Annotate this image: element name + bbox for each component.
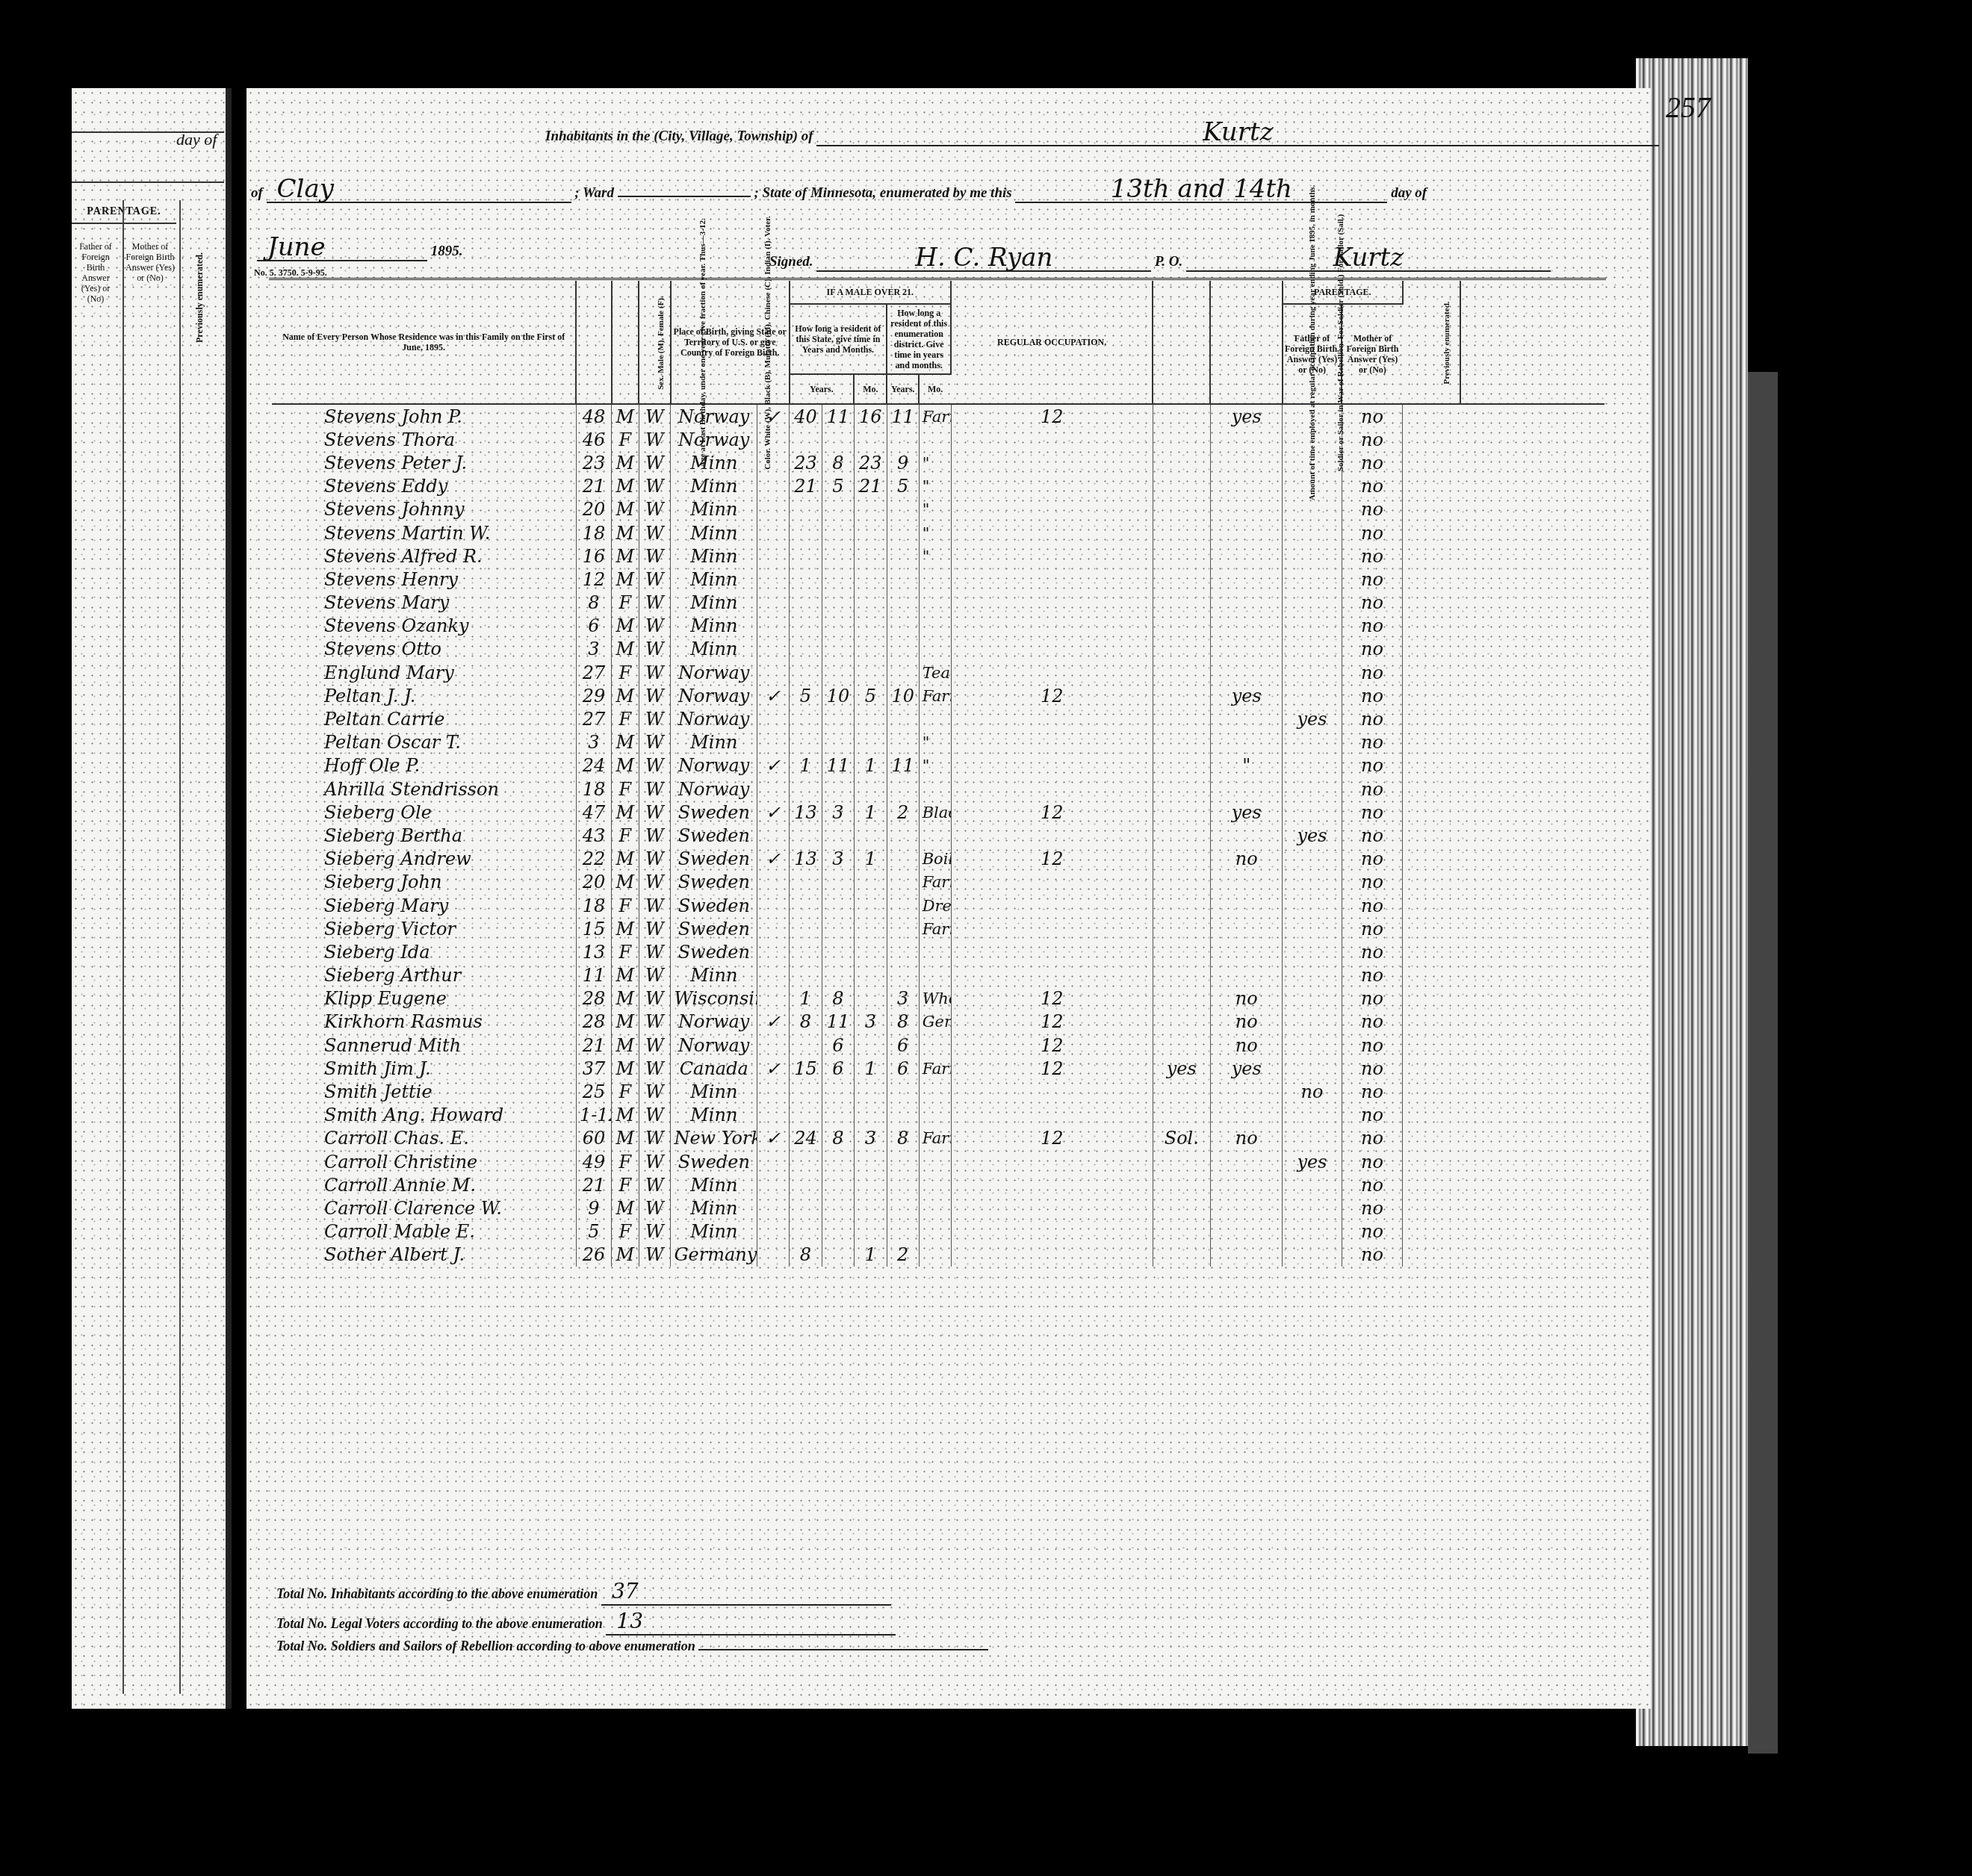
district-months-cell: 11 [887, 754, 919, 777]
previously-enumerated-cell: no [1342, 1173, 1402, 1196]
district-months-cell: 11 [887, 404, 919, 428]
sex-cell: F [612, 1150, 639, 1173]
soldier-sailor-cell [1153, 661, 1210, 684]
soldier-sailor-cell [1153, 1150, 1210, 1173]
occupation-cell [919, 940, 951, 963]
father-foreign-cell: yes [1210, 684, 1282, 707]
district-years-cell [854, 1196, 887, 1220]
sex-cell: F [612, 940, 639, 963]
sex-cell: F [612, 824, 639, 847]
district-months-cell [887, 777, 919, 801]
state-months-cell: 8 [822, 1127, 854, 1150]
age-cell: 3 [576, 731, 611, 754]
father-foreign-cell: no [1210, 1010, 1282, 1034]
district-months-cell [887, 707, 919, 730]
table-row: Hoff Ole P.24MWNorway✓111111""no [272, 754, 1604, 777]
mother-foreign-cell [1283, 871, 1342, 894]
color-cell: W [639, 404, 671, 428]
person-name-cell: Smith Jim J. [272, 1057, 576, 1080]
father-foreign-cell [1210, 428, 1282, 451]
father-foreign-cell: " [1210, 754, 1282, 777]
mother-foreign-cell [1283, 615, 1342, 638]
age-cell: 9 [576, 1196, 611, 1220]
soldier-sailor-cell [1153, 1010, 1210, 1034]
district-years-cell [854, 1034, 887, 1057]
age-cell: 49 [576, 1150, 611, 1173]
previously-enumerated-cell: no [1342, 777, 1402, 801]
birthplace-cell: Minn [671, 521, 757, 544]
person-name-cell: Carroll Christine [272, 1150, 576, 1173]
previously-enumerated-cell: no [1342, 964, 1402, 987]
mother-foreign-cell [1283, 1010, 1342, 1034]
previously-enumerated-cell: no [1342, 871, 1402, 894]
state-years-cell [790, 824, 822, 847]
birthplace-cell: Minn [671, 1196, 757, 1220]
father-foreign-cell: yes [1210, 1057, 1282, 1080]
group-male-over-21: IF A MALE OVER 21. [790, 281, 952, 304]
soldier-sailor-cell [1153, 848, 1210, 871]
color-cell: W [639, 848, 671, 871]
previously-enumerated-cell: no [1342, 638, 1402, 661]
soldier-sailor-cell: Sol. [1153, 1127, 1210, 1150]
state-years-cell [790, 638, 822, 661]
sex-cell: M [612, 1057, 639, 1080]
birthplace-cell: Sweden [671, 801, 757, 824]
age-cell: 8 [576, 591, 611, 615]
total-voters-line: Total No. Legal Voters according to the … [276, 1609, 896, 1636]
age-cell: 20 [576, 871, 611, 894]
months-employed-cell [951, 731, 1153, 754]
months-employed-cell [951, 1150, 1153, 1173]
father-foreign-cell [1210, 1220, 1282, 1243]
age-cell: 1-12 [576, 1104, 611, 1127]
color-cell: W [639, 801, 671, 824]
months-employed-cell [951, 521, 1153, 544]
age-cell: 3 [576, 638, 611, 661]
state-years-cell: 8 [790, 1010, 822, 1034]
father-foreign-cell: no [1210, 1034, 1282, 1057]
table-row: Smith Jettie25FWMinnnono [272, 1080, 1604, 1103]
mother-foreign-cell [1283, 638, 1342, 661]
mother-foreign-cell [1283, 777, 1342, 801]
color-cell: W [639, 824, 671, 847]
sex-cell: M [612, 451, 639, 474]
table-row: Sieberg Ida13FWSwedenno [272, 940, 1604, 963]
district-years-cell [854, 1080, 887, 1103]
age-cell: 24 [576, 754, 611, 777]
previously-enumerated-cell: no [1342, 1034, 1402, 1057]
voter-mark-cell [757, 568, 790, 591]
sex-cell: M [612, 404, 639, 428]
district-years-cell: 23 [854, 451, 887, 474]
occupation-cell: General Merchant [919, 1010, 951, 1034]
person-name-cell: Sieberg Arthur [272, 964, 576, 987]
soldier-sailor-cell [1153, 1104, 1210, 1127]
birthplace-cell: Minn [671, 731, 757, 754]
person-name-cell: Sieberg Bertha [272, 824, 576, 847]
soldier-sailor-cell: yes [1153, 1057, 1210, 1080]
previously-enumerated-cell: no [1342, 568, 1402, 591]
state-months-cell [822, 615, 854, 638]
birthplace-cell: Minn [671, 1104, 757, 1127]
voter-mark-cell [757, 1173, 790, 1196]
soldier-sailor-cell [1153, 824, 1210, 847]
table-row: Sieberg Andrew22MWSweden✓1331Boilersmith… [272, 848, 1604, 871]
enumerator-signature: H. C. Ryan [816, 245, 1151, 272]
mother-foreign-cell [1283, 498, 1342, 521]
col-mother-foreign: Mother of Foreign Birth Answer (Yes) or … [1342, 304, 1402, 404]
age-cell: 20 [576, 498, 611, 521]
color-cell: W [639, 1220, 671, 1243]
state-months-cell [822, 917, 854, 940]
previously-enumerated-cell: no [1342, 731, 1402, 754]
left-page-fragment: day of PARENTAGE. Father of Foreign Birt… [72, 88, 232, 1709]
state-months-cell [822, 544, 854, 568]
ward-field [618, 196, 751, 197]
father-foreign-cell: no [1210, 848, 1282, 871]
age-cell: 11 [576, 964, 611, 987]
district-years-cell [854, 498, 887, 521]
state-months-cell: 5 [822, 475, 854, 498]
father-foreign-cell [1210, 475, 1282, 498]
state-years-cell [790, 1196, 822, 1220]
table-row: Stevens Peter J.23MWMinn238239"no [272, 451, 1604, 474]
person-name-cell: Kirkhorn Rasmus [272, 1010, 576, 1034]
previously-enumerated-cell: no [1342, 1220, 1402, 1243]
state-months-cell: 3 [822, 848, 854, 871]
voter-mark-cell [757, 1220, 790, 1243]
month-line: June 1895. [257, 234, 463, 261]
sex-cell: M [612, 498, 639, 521]
months-employed-cell [951, 754, 1153, 777]
birthplace-cell: Sweden [671, 848, 757, 871]
months-employed-cell [951, 568, 1153, 591]
divider [72, 131, 224, 133]
soldier-sailor-cell [1153, 987, 1210, 1010]
district-months-cell [887, 731, 919, 754]
state-months-cell: 6 [822, 1034, 854, 1057]
person-name-cell: Carroll Annie M. [272, 1173, 576, 1196]
state-years-cell [790, 1150, 822, 1173]
district-years-cell [854, 1173, 887, 1196]
district-years-cell [854, 917, 887, 940]
color-cell: W [639, 684, 671, 707]
mother-foreign-cell [1283, 1127, 1342, 1150]
state-years-cell: 15 [790, 1057, 822, 1080]
occupation-cell: Farming [919, 871, 951, 894]
color-cell: W [639, 661, 671, 684]
months-employed-cell: 12 [951, 801, 1153, 824]
township-line: Inhabitants in the (City, Village, Towns… [545, 119, 1659, 146]
previously-enumerated-cell: no [1342, 1080, 1402, 1103]
father-foreign-cell: yes [1210, 801, 1282, 824]
previously-enumerated-cell: no [1342, 1243, 1402, 1267]
birthplace-cell: Norway [671, 404, 757, 428]
sex-cell: F [612, 707, 639, 730]
table-row: Sieberg Mary18FWSwedenDressmakingno [272, 894, 1604, 917]
color-cell: W [639, 1057, 671, 1080]
months-employed-cell [951, 777, 1153, 801]
form-number: No. 5. 3750. 5-9-95. [254, 267, 327, 279]
district-years-cell: 16 [854, 404, 887, 428]
person-name-cell: Smith Ang. Howard [272, 1104, 576, 1127]
months-employed-cell [951, 707, 1153, 730]
person-name-cell: Sannerud Mith [272, 1034, 576, 1057]
occupation-cell: Boilersmith [919, 848, 951, 871]
state-years-cell [790, 591, 822, 615]
state-months-cell [822, 498, 854, 521]
signature-line: Signed. H. C. Ryan P. O. Kurtz [769, 245, 1551, 272]
age-cell: 15 [576, 917, 611, 940]
district-years-cell: 5 [854, 684, 887, 707]
state-months-cell: 11 [822, 754, 854, 777]
sex-cell: F [612, 591, 639, 615]
table-row: Stevens Johnny20MWMinn"no [272, 498, 1604, 521]
age-cell: 23 [576, 451, 611, 474]
district-months-cell: 8 [887, 1010, 919, 1034]
state-years-cell [790, 894, 822, 917]
birthplace-cell: Minn [671, 964, 757, 987]
state-years-cell [790, 521, 822, 544]
color-cell: W [639, 428, 671, 451]
mother-foreign-cell [1283, 661, 1342, 684]
state-years-cell [790, 707, 822, 730]
state-months-cell [822, 1196, 854, 1220]
sex-cell: M [612, 684, 639, 707]
col-state-residence: How long a resident of this State, give … [790, 304, 887, 374]
birthplace-cell: Norway [671, 1034, 757, 1057]
table-row: Stevens Martin W.18MWMinn"no [272, 521, 1604, 544]
state-years-cell: 1 [790, 754, 822, 777]
mother-foreign-cell [1283, 1034, 1342, 1057]
state-months-cell: 11 [822, 404, 854, 428]
col-soldier: Soldier or Sailor in War of Rebellion. F… [1210, 281, 1282, 404]
voter-mark-cell [757, 1150, 790, 1173]
person-name-cell: Peltan Oscar T. [272, 731, 576, 754]
occupation-cell [919, 1196, 951, 1220]
state-months-cell: 8 [822, 451, 854, 474]
district-years-cell: 1 [854, 801, 887, 824]
district-months-cell [887, 1220, 919, 1243]
age-cell: 6 [576, 615, 611, 638]
person-name-cell: Peltan J. J. [272, 684, 576, 707]
occupation-cell [919, 638, 951, 661]
sex-cell: M [612, 964, 639, 987]
occupation-cell [919, 824, 951, 847]
father-foreign-cell [1210, 707, 1282, 730]
state-months-cell [822, 731, 854, 754]
months-employed-cell [951, 824, 1153, 847]
district-years-cell: 21 [854, 475, 887, 498]
voter-mark-cell [757, 638, 790, 661]
soldier-sailor-cell [1153, 917, 1210, 940]
table-row: Stevens Henry12MWMinnno [272, 568, 1604, 591]
soldier-sailor-cell [1153, 940, 1210, 963]
mother-foreign-cell [1283, 1196, 1342, 1220]
father-foreign-cell [1210, 521, 1282, 544]
months-employed-cell [951, 544, 1153, 568]
table-row: Smith Jim J.37MWCanada✓15616Farming12yes… [272, 1057, 1604, 1080]
soldier-sailor-cell [1153, 475, 1210, 498]
district-months-cell [887, 824, 919, 847]
occupation-cell [919, 1243, 951, 1267]
months-employed-cell [951, 1243, 1153, 1267]
state-months-cell [822, 894, 854, 917]
mother-foreign-cell [1283, 591, 1342, 615]
color-cell: W [639, 1034, 671, 1057]
state-years-cell [790, 871, 822, 894]
age-cell: 13 [576, 940, 611, 963]
soldier-sailor-cell [1153, 731, 1210, 754]
voter-mark-cell [757, 521, 790, 544]
voter-mark-cell: ✓ [757, 754, 790, 777]
district-months-cell [887, 917, 919, 940]
voter-mark-cell [757, 428, 790, 451]
person-name-cell: Ahrilla Stendrisson [272, 777, 576, 801]
birthplace-cell: Norway [671, 707, 757, 730]
occupation-cell: " [919, 754, 951, 777]
previously-enumerated-cell: no [1342, 1104, 1402, 1127]
birthplace-cell: Germany [671, 1243, 757, 1267]
previously-enumerated-cell: no [1342, 987, 1402, 1010]
township-field: Kurtz [816, 119, 1659, 146]
father-foreign-cell: yes [1210, 404, 1282, 428]
table-row: Ahrilla Stendrisson18FWNorwayno [272, 777, 1604, 801]
person-name-cell: Stevens John P. [272, 404, 576, 428]
previously-enumerated-cell: no [1342, 894, 1402, 917]
soldier-sailor-cell [1153, 451, 1210, 474]
previously-enumerated-cell: no [1342, 475, 1402, 498]
months-employed-cell [951, 1080, 1153, 1103]
birthplace-cell: New York [671, 1127, 757, 1150]
mother-foreign-cell [1283, 754, 1342, 777]
previously-enumerated-cell: no [1342, 1010, 1402, 1034]
district-years-cell [854, 894, 887, 917]
previously-enumerated-cell: no [1342, 451, 1402, 474]
table-row: Stevens Otto3MWMinnno [272, 638, 1604, 661]
state-months-cell [822, 661, 854, 684]
district-months-cell [887, 498, 919, 521]
state-years-cell: 24 [790, 1127, 822, 1150]
voter-mark-cell [757, 1080, 790, 1103]
birthplace-cell: Minn [671, 1220, 757, 1243]
voter-mark-cell: ✓ [757, 848, 790, 871]
sex-cell: M [612, 917, 639, 940]
district-months-cell [887, 871, 919, 894]
color-cell: W [639, 1243, 671, 1267]
voter-mark-cell [757, 871, 790, 894]
state-years-cell: 1 [790, 987, 822, 1010]
state-months-cell [822, 871, 854, 894]
months-employed-cell [951, 1196, 1153, 1220]
table-row: Smith Ang. Howard1-12MWMinnno [272, 1104, 1604, 1127]
birthplace-cell: Sweden [671, 824, 757, 847]
father-foreign-cell [1210, 661, 1282, 684]
father-foreign-cell [1210, 1196, 1282, 1220]
table-row: Stevens John P.48MWNorway✓40111611Farmin… [272, 404, 1604, 428]
occupation-cell [919, 1173, 951, 1196]
voter-mark-cell [757, 544, 790, 568]
district-months-cell [887, 1196, 919, 1220]
state-months-cell: 10 [822, 684, 854, 707]
person-name-cell: Carroll Chas. E. [272, 1127, 576, 1150]
occupation-cell: Farming [919, 1057, 951, 1080]
voter-mark-cell [757, 824, 790, 847]
person-name-cell: Stevens Ozanky [272, 615, 576, 638]
state-years-cell [790, 964, 822, 987]
father-foreign-cell [1210, 894, 1282, 917]
table-row: Carroll Clarence W.9MWMinnno [272, 1196, 1604, 1220]
state-years-cell [790, 777, 822, 801]
age-cell: 43 [576, 824, 611, 847]
person-name-cell: Stevens Peter J. [272, 451, 576, 474]
soldier-sailor-cell [1153, 428, 1210, 451]
voter-mark-cell [757, 1196, 790, 1220]
age-cell: 16 [576, 544, 611, 568]
color-cell: W [639, 1196, 671, 1220]
age-cell: 37 [576, 1057, 611, 1080]
sex-cell: M [612, 801, 639, 824]
soldier-sailor-cell [1153, 871, 1210, 894]
sex-cell: F [612, 1220, 639, 1243]
father-foreign-cell [1210, 451, 1282, 474]
birthplace-cell: Sweden [671, 1150, 757, 1173]
occupation-cell: " [919, 475, 951, 498]
color-cell: W [639, 894, 671, 917]
person-name-cell: Carroll Mable E. [272, 1220, 576, 1243]
district-years-cell [854, 777, 887, 801]
voter-mark-cell [757, 987, 790, 1010]
father-foreign-cell [1210, 1080, 1282, 1103]
age-cell: 27 [576, 707, 611, 730]
voter-mark-cell [757, 894, 790, 917]
district-years-cell [854, 707, 887, 730]
color-cell: W [639, 871, 671, 894]
person-name-cell: Sieberg Ole [272, 801, 576, 824]
district-months-cell: 9 [887, 451, 919, 474]
voter-mark-cell: ✓ [757, 1127, 790, 1150]
district-years-cell [854, 824, 887, 847]
soldier-sailor-cell [1153, 1173, 1210, 1196]
birthplace-cell: Norway [671, 684, 757, 707]
voter-mark-cell [757, 498, 790, 521]
col-district-years: Years. [887, 374, 919, 404]
color-cell: W [639, 754, 671, 777]
state-months-cell [822, 521, 854, 544]
county-line: of Clay ; Ward ; State of Minnesota, enu… [251, 176, 1427, 203]
occupation-cell [919, 1150, 951, 1173]
person-name-cell: Stevens Alfred R. [272, 544, 576, 568]
months-employed-cell [951, 498, 1153, 521]
sex-cell: M [612, 871, 639, 894]
district-years-cell: 1 [854, 754, 887, 777]
table-row: Sieberg Victor15MWSwedenFarmingno [272, 917, 1604, 940]
state-years-cell [790, 917, 822, 940]
soldier-sailor-cell [1153, 615, 1210, 638]
soldier-sailor-cell [1153, 1034, 1210, 1057]
district-months-cell [887, 591, 919, 615]
mother-foreign-cell [1283, 1057, 1342, 1080]
person-name-cell: Sother Albert J. [272, 1243, 576, 1267]
months-employed-cell [951, 1104, 1153, 1127]
state-months-cell: 6 [822, 1057, 854, 1080]
post-office-field: Kurtz [1186, 245, 1551, 272]
voter-mark-cell [757, 1034, 790, 1057]
state-months-cell [822, 1104, 854, 1127]
district-months-cell: 2 [887, 1243, 919, 1267]
state-months-cell [822, 638, 854, 661]
sex-cell: M [612, 544, 639, 568]
